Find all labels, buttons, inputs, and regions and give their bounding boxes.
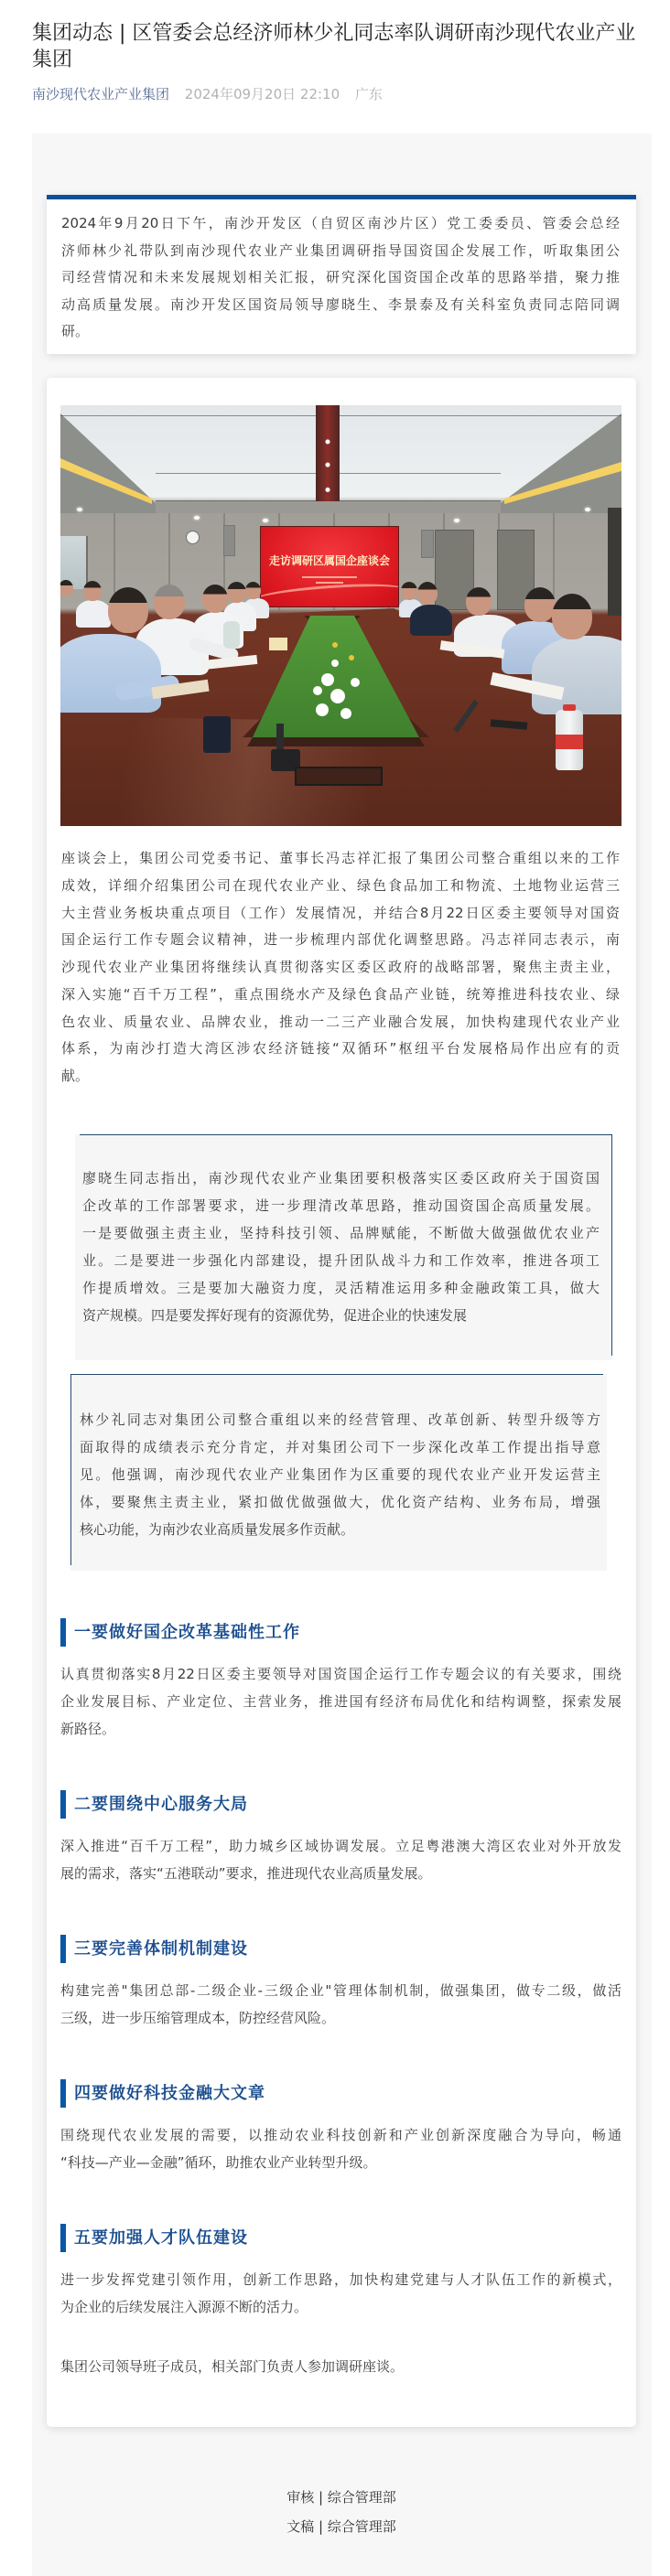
photo-thermos — [223, 621, 240, 649]
photo-flower — [316, 703, 329, 716]
text-line: 集团公司领导班子成员，相关部门负责人参加调研座谈。 — [60, 2353, 621, 2380]
section-heading: 三要完善体制机制建设 — [60, 1935, 621, 1963]
heading-bar — [60, 2224, 66, 2252]
photo-person-head — [83, 581, 102, 601]
photo-person-head — [108, 587, 148, 633]
text-line: 成效，详细介绍集团公司在现代农业产业、绿色食品加工和物流、土地物业运营三 — [61, 873, 620, 900]
intro-card: 2024年9月20日下午，南沙开发区（自贸区南沙片区）党工委委员、管委会总经 济… — [47, 195, 636, 354]
photo-person-head — [417, 582, 438, 605]
photo-table-outlet — [295, 767, 383, 786]
photo-screen-subtitle-line — [302, 576, 357, 578]
section-heading-text: 二要围绕中心服务大局 — [74, 1795, 248, 1814]
text-line: 廖晓生同志指出，南沙现代农业产业集团要积极落实区委区政府关于国资国 — [82, 1165, 600, 1192]
photo-person-head — [202, 585, 228, 613]
photo-flower — [313, 686, 322, 695]
section-paragraph: 构建完善"集团总部-二级企业-三级企业"管理体制机制，做强集团，做专二级，做活 … — [60, 1977, 621, 2032]
section-paragraph: 认真贯彻落实8月22日区委主要领导对国资国企运行工作专题会议的有关要求，围绕 企… — [60, 1660, 621, 1743]
text-line: 新路径。 — [60, 1715, 621, 1743]
photo-person-head — [552, 594, 592, 639]
text-line: 深入推进“百千万工程”，助力城乡区域协调发展。立足粤港澳大湾区农业对外开放发 — [60, 1832, 621, 1860]
text-line: 面取得的成绩表示充分肯定，并对集团公司下一步深化改革工作提出指导意 — [80, 1433, 600, 1461]
photo-person-body — [60, 634, 161, 713]
photo-wall-speaker — [223, 525, 235, 556]
closing-paragraph: 集团公司领导班子成员，相关部门负责人参加调研座谈。 — [60, 2353, 621, 2380]
photo-person-head — [60, 580, 73, 596]
photo-flower — [351, 678, 360, 687]
section-heading-text: 一要做好国企改革基础性工作 — [74, 1623, 300, 1642]
photo-person-body — [76, 600, 111, 628]
photo-person-head — [401, 582, 417, 600]
text-line: 业。二是要进一步强化内部建设，提升团队战斗力和工作效率，推进各项工 — [82, 1247, 600, 1274]
report-paragraph: 座谈会上，集团公司党委书记、董事长冯志祥汇报了集团公司整合重组以来的工作 成效，… — [61, 845, 620, 1090]
section-heading: 二要围绕中心服务大局 — [60, 1790, 621, 1819]
photo-wall-clock — [186, 531, 200, 544]
photo-flower — [331, 660, 339, 667]
photo-ceiling-beam — [156, 500, 501, 513]
section-heading-text: 四要做好科技金融大文章 — [74, 2084, 265, 2103]
section-heading-text: 三要完善体制机制建设 — [74, 1939, 248, 1959]
photo-person-head — [524, 587, 556, 622]
meeting-photo[interactable]: 走访调研区属国企座谈会 — [60, 405, 621, 826]
photo-tissue-box — [269, 638, 287, 650]
section-paragraph: 围绕现代农业发展的需要，以推动农业科技创新和产业创新深度融合为导向，畅通 “科技… — [60, 2121, 621, 2176]
section-paragraph: 深入推进“百千万工程”，助力城乡区域协调发展。立足粤港澳大湾区农业对外开放发 展… — [60, 1832, 621, 1887]
text-line: 为企业的后续发展注入源源不断的活力。 — [60, 2293, 621, 2321]
section-heading-text: 五要加强人才队伍建设 — [74, 2228, 248, 2248]
photo-projection-screen: 走访调研区属国企座谈会 — [261, 527, 398, 606]
heading-bar — [60, 1618, 66, 1647]
quote-box-lin: 林少礼同志对集团公司整合重组以来的经营管理、改革创新、转型升级等方 面取得的成绩… — [70, 1374, 607, 1571]
photo-screen-subtitle-line — [316, 582, 343, 584]
photo-bottle-label — [556, 735, 583, 749]
section-heading: 四要做好科技金融大文章 — [60, 2079, 621, 2108]
article-meta: 南沙现代农业产业集团 2024年09月20日 22:10 广东 — [32, 85, 670, 104]
section-2: 二要围绕中心服务大局 深入推进“百千万工程”，助力城乡区域协调发展。立足粤港澳大… — [60, 1790, 621, 1887]
photo-ceiling-spotlight — [77, 508, 82, 511]
publish-location: 广东 — [355, 86, 383, 102]
photo-microphone — [276, 724, 284, 751]
photo-screen-ribbon — [261, 580, 398, 606]
text-line: 核心功能，为南沙农业高质量发展多作贡献。 — [80, 1516, 600, 1543]
section-3: 三要完善体制机制建设 构建完善"集团总部-二级企业-三级企业"管理体制机制，做强… — [60, 1935, 621, 2032]
section-heading: 五要加强人才队伍建设 — [60, 2224, 621, 2252]
photo-person-head — [227, 582, 246, 603]
text-line: 体系，为南沙打造大湾区涉农经济链接“双循环”枢纽平台发展格局作出应有的贡 — [61, 1036, 620, 1063]
photo-person-head — [154, 585, 185, 619]
text-line: 司经营情况和未来发展规划相关汇报，研究深化国资国企改革的思路举措，聚力推 — [61, 264, 620, 292]
section-4: 四要做好科技金融大文章 围绕现代农业发展的需要，以推动农业科技创新和产业创新深度… — [60, 2079, 621, 2176]
credit-writer: 文稿 | 综合管理部 — [47, 2512, 636, 2541]
photo-flower — [321, 673, 334, 686]
credit-reviewer: 审核 | 综合管理部 — [47, 2483, 636, 2512]
section-1: 一要做好国企改革基础性工作 认真贯彻落实8月22日区委主要领导对国资国企运行工作… — [60, 1618, 621, 1743]
section-heading: 一要做好国企改革基础性工作 — [60, 1618, 621, 1647]
photo-ceiling-spotlight — [263, 519, 268, 522]
text-line: 动高质量发展。南沙开发区国资局领导廖晓生、李景泰及有关科室负责同志陪同调 — [61, 292, 620, 319]
photo-pen-holder — [203, 716, 231, 753]
photo-person-head — [245, 582, 261, 599]
photo-ceiling-center-strip — [316, 405, 340, 501]
photo-flower-bud — [349, 655, 354, 660]
photo-screen-title: 走访调研区属国企座谈会 — [261, 553, 398, 568]
photo-bottle-cap — [563, 704, 576, 711]
text-line: 一是要做强主责主业，坚持科技引领、品牌赋能，不断做大做强做优农业产 — [82, 1219, 600, 1247]
quote-text: 林少礼同志对集团公司整合重组以来的经营管理、改革创新、转型升级等方 面取得的成绩… — [80, 1406, 600, 1543]
photo-ceiling-spotlight — [194, 516, 200, 520]
text-line: 国企运行工作专题会议精神，进一步梳理内部优化调整思路。冯志祥同志表示，南 — [61, 927, 620, 954]
text-line: 认真贯彻落实8月22日区委主要领导对国资国企运行工作专题会议的有关要求，围绕 — [60, 1660, 621, 1688]
photo-person-body — [532, 636, 621, 714]
section-5: 五要加强人才队伍建设 进一步发挥党建引领作用，创新工作思路，加快构建党建与人才队… — [60, 2224, 621, 2321]
text-line: 围绕现代农业发展的需要，以推动农业科技创新和产业创新深度融合为导向，畅通 — [60, 2121, 621, 2149]
section-paragraph: 进一步发挥党建引领作用，创新工作思路，加快构建党建与人才队伍工作的新模式， 为企… — [60, 2266, 621, 2321]
text-line: 构建完善"集团总部-二级企业-三级企业"管理体制机制，做强集团，做专二级，做活 — [60, 1977, 621, 2004]
photo-flower — [330, 689, 345, 703]
text-line: 献。 — [61, 1063, 620, 1090]
text-line: 沙现代农业产业集团将继续认真贯彻落实区委区政府的战略部署，聚焦主责主业， — [61, 954, 620, 982]
text-line: 资产规模。四是要发挥好现有的资源优势，促进企业的快速发展 — [82, 1302, 600, 1329]
article-title: 集团动态 | 区管委会总经济师林少礼同志率队调研南沙现代农业产业集团 — [32, 20, 645, 73]
photo-ceiling-spotlight — [454, 519, 459, 522]
heading-bar — [60, 1790, 66, 1819]
text-line: 企改革的工作部署要求，进一步理清改革思路，推动国资国企高质量发展。 — [82, 1192, 600, 1219]
heading-bar — [60, 1935, 66, 1963]
photo-person-body — [410, 605, 452, 636]
photo-ceiling-line — [60, 415, 621, 416]
account-name-link[interactable]: 南沙现代农业产业集团 — [32, 86, 169, 102]
article-body-panel: 2024年9月20日下午，南沙开发区（自贸区南沙片区）党工委委员、管委会总经 济… — [32, 134, 652, 2576]
text-line: 展的需求，落实“五港联动”要求，推进现代农业高质量发展。 — [60, 1860, 621, 1887]
text-line: 深入实施“百千万工程”，重点围绕水产及绿色食品产业链，统筹推进科技农业、绿 — [61, 982, 620, 1009]
text-line: 企业发展目标、产业定位、主营业务，推进国有经济布局优化和结构调整，探索发展 — [60, 1688, 621, 1715]
text-line: 大主营业务板块重点项目（工作）发展情况，并结合8月22日区委主要领导对国资 — [61, 900, 620, 928]
article-credits: 审核 | 综合管理部 文稿 | 综合管理部 — [47, 2483, 636, 2541]
photo-pillar — [608, 508, 621, 616]
quote-box-liao: 廖晓生同志指出，南沙现代农业产业集团要积极落实区委区政府关于国资国 企改革的工作… — [75, 1134, 612, 1360]
text-line: 济师林少礼带队到南沙现代农业产业集团调研指导国资国企发展工作，听取集团公 — [61, 238, 620, 265]
text-line: 进一步发挥党建引领作用，创新工作思路，加快构建党建与人才队伍工作的新模式， — [60, 2266, 621, 2293]
text-line: 研。 — [61, 318, 620, 346]
text-line: 座谈会上，集团公司党委书记、董事长冯志祥汇报了集团公司整合重组以来的工作 — [61, 845, 620, 873]
photo-flower-bud — [332, 642, 338, 648]
heading-bar — [60, 2079, 66, 2108]
text-line: 三级，进一步压缩管理成本，防控经营风险。 — [60, 2004, 621, 2032]
text-line: 2024年9月20日下午，南沙开发区（自贸区南沙片区）党工委委员、管委会总经 — [61, 210, 620, 238]
quote-text: 廖晓生同志指出，南沙现代农业产业集团要积极落实区委区政府关于国资国 企改革的工作… — [82, 1165, 600, 1329]
text-line: 作提质增效。三是要加大融资力度，灵活精准运用多种金融政策工具，做大 — [82, 1274, 600, 1302]
article-header: 集团动态 | 区管委会总经济师林少礼同志率队调研南沙现代农业产业集团 南沙现代农… — [0, 0, 670, 104]
text-line: “科技—产业—金融”循环，助推农业产业转型升级。 — [60, 2149, 621, 2176]
photo-flower — [340, 708, 351, 719]
text-line: 体，要聚焦主责主业，紧扣做优做强做大，优化资产结构、业务布局，增强 — [80, 1488, 600, 1516]
text-line: 见。他强调，南沙现代农业产业集团作为区重要的现代农业产业开发运营主 — [80, 1461, 600, 1488]
photo-wall-speaker — [421, 530, 434, 558]
intro-paragraph: 2024年9月20日下午，南沙开发区（自贸区南沙片区）党工委委员、管委会总经 济… — [61, 210, 620, 346]
main-card: 走访调研区属国企座谈会 — [47, 378, 636, 2427]
text-line: 色农业、质量农业、品牌农业，推动一二三产业融合发展，加快构建现代农业产业 — [61, 1009, 620, 1036]
publish-datetime: 2024年09月20日 22:10 — [185, 86, 340, 102]
photo-ceiling-spotlight — [585, 508, 590, 511]
text-line: 林少礼同志对集团公司整合重组以来的经营管理、改革创新、转型升级等方 — [80, 1406, 600, 1433]
photo-person-head — [466, 587, 492, 616]
